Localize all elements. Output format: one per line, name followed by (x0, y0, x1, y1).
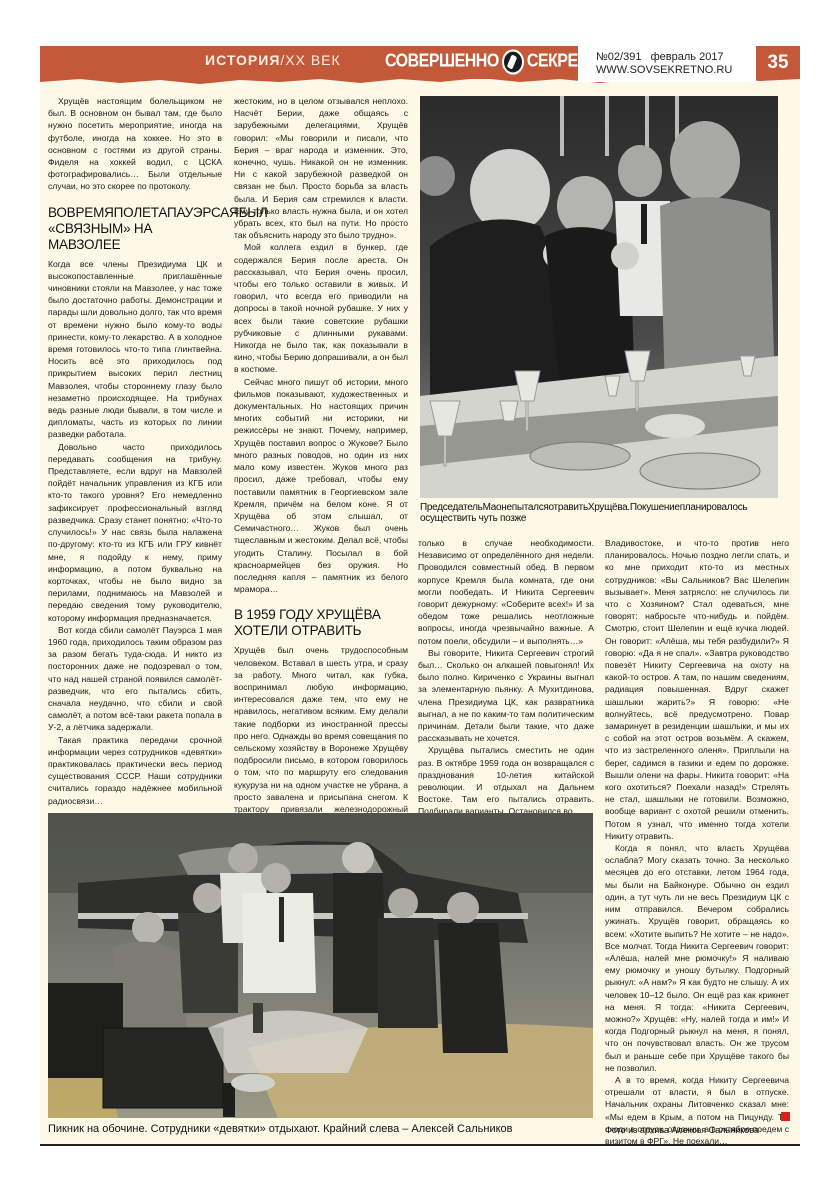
photo-caption-top: ПредседательМаонепыталсяотравитьХрущёва.… (420, 502, 790, 524)
photo-khrushchev-mao-banquet (420, 96, 778, 498)
paragraph: Вы говорите, Никита Сергеевич строгий бы… (418, 647, 594, 745)
paragraph: Такая практика передачи срочной информац… (48, 734, 222, 807)
article-column-3: только в случае необходимости. Независим… (418, 537, 594, 818)
rubric-main: ИСТОРИЯ (205, 52, 280, 68)
picnic-photo-image (48, 813, 593, 1118)
masthead-left: СОВЕРШЕННО (385, 52, 499, 73)
issue-date: февраль 2017 (651, 51, 724, 63)
paragraph: Когда я понял, что власть Хрущёва ослабл… (605, 842, 789, 1074)
paragraph: Хрущёв настоящим болельщиком не был. В о… (48, 95, 222, 193)
subheading-poison: В 1959 ГОДУ ХРУЩЁВА ХОТЕЛИ ОТРАВИТЬ (234, 607, 408, 639)
paragraph: Мой коллега ездил в бункер, где содержал… (234, 241, 408, 375)
issue-info: №02/391 февраль 2017 WWW.SOVSEKRETNO.RU (578, 46, 756, 82)
photo-picnic-roadside (48, 813, 593, 1118)
paragraph: А в то время, когда Никиту Сергеевича от… (605, 1074, 789, 1147)
paragraph: Сейчас много пишут об истории, много фил… (234, 376, 408, 596)
paragraph: только в случае необходимости. Независим… (418, 537, 594, 647)
paragraph: жестоким, но в целом отзывался неплохо. … (234, 95, 408, 241)
paragraph: Когда все члены Президиума ЦК и высокопо… (48, 258, 222, 441)
photo-credit: Фото из архива Алексея Сальникова (605, 1125, 759, 1135)
banquet-photo-image (420, 96, 778, 498)
paragraph: Вот когда сбили самолёт Пауэрса 1 мая 19… (48, 624, 222, 734)
masthead-logo: СОВЕРШЕННО СЕКРЕТНО (385, 48, 610, 76)
website-link[interactable]: WWW.SOVSEKRETNO.RU (596, 64, 756, 77)
article-column-2: жестоким, но в целом отзывался неплохо. … (234, 95, 408, 925)
paragraph: Хрущёва пытались сместить не один раз. В… (418, 744, 594, 817)
newspaper-page: ИСТОРИЯ/XX ВЕК СОВЕРШЕННО СЕКРЕТНО №02/3… (0, 0, 826, 1200)
page-number: 35 (756, 46, 800, 79)
section-rubric: ИСТОРИЯ/XX ВЕК (205, 52, 341, 68)
article-end-mark-icon (781, 1112, 790, 1121)
photo-caption-bottom: Пикник на обочине. Сотрудники «девятки» … (48, 1123, 513, 1135)
issue-number: №02/391 (596, 51, 641, 63)
crest-emblem-icon (502, 49, 524, 74)
bottom-divider (40, 1144, 800, 1146)
paragraph: Довольно часто приходилось передавать со… (48, 441, 222, 624)
rubric-sub: /XX ВЕК (280, 52, 340, 68)
article-column-1: Хрущёв настоящим болельщиком не был. В о… (48, 95, 222, 921)
paragraph: Владивостоке, и что-то против него плани… (605, 537, 789, 842)
article-column-4: Владивостоке, и что-то против него плани… (605, 537, 789, 1147)
subheading-powers: ВОВРЕМЯПОЛЕТАПАУЭРСАЯБЫЛ «СВЯЗНЫМ» НА МА… (48, 205, 222, 253)
